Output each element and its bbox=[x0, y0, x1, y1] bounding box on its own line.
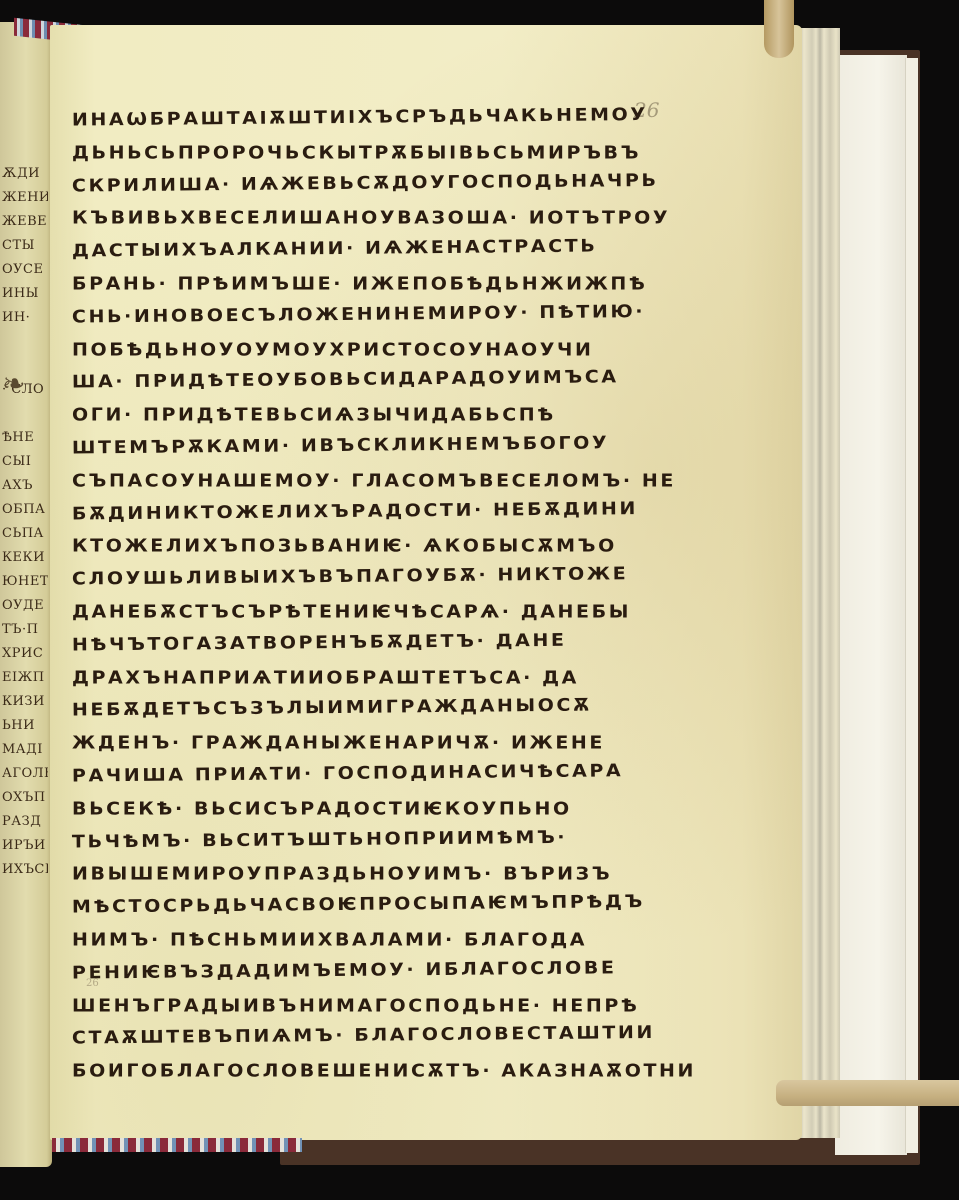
left-page-line: ѪДИ bbox=[2, 162, 48, 186]
bookmark-stick-top bbox=[764, 0, 794, 58]
manuscript-line: ОГИ· ПРИДѢТЕВЬСИѦЗЫЧИДАБЬСПѢ bbox=[72, 400, 662, 430]
left-page-line: ОУСЕ bbox=[2, 258, 48, 282]
manuscript-line: ДРАХЪНАПРИѦТИИОБРАШТЕТЪСА· ДА bbox=[72, 663, 662, 693]
manuscript-line: МѢСТОСРЬДЬЧАСВОѤПРОСЫПАѤМЪПРѢДЪ bbox=[72, 887, 662, 923]
left-facing-page: ѪДИЖЕНИЖЕВЕСТЫОУСЕИНЫИН· · СЛО ѢНЕСЫІАХЪ… bbox=[0, 22, 52, 1167]
left-page-line: КЕКИ bbox=[2, 546, 48, 570]
manuscript-line: РАЧИША ПРИѦТИ· ГОСПОДИНАСИЧѢСАРА bbox=[72, 756, 662, 792]
left-page-line: ТЪ·П bbox=[2, 618, 48, 642]
paper-insert bbox=[835, 55, 907, 1155]
left-page-line: МАДІ bbox=[2, 738, 48, 762]
manuscript-line: НИМЪ· ПѢСНЬМИИХВАЛАМИ· БЛАГОДА bbox=[72, 925, 662, 955]
bookmark-stick-bottom bbox=[776, 1080, 959, 1106]
left-page-line: ХРИС bbox=[2, 642, 48, 666]
left-page-line: ѢНЕ bbox=[2, 426, 48, 450]
left-page-line: ОХЪП bbox=[2, 786, 48, 810]
manuscript-line: ША· ПРИДѢТЕОУБОВЬСИДАРАДОУИМЪСА bbox=[72, 362, 662, 398]
left-page-line: ЬНИ bbox=[2, 714, 48, 738]
manuscript-line: РЕНИѤВЪЗДАДИМЪЕМОУ· ИБЛАГОСЛОВЕ bbox=[72, 952, 662, 988]
manuscript-line: ШЕНЪГРАДЫИВЪНИМАГОСПОДЬНЕ· НЕПРѢ bbox=[72, 991, 662, 1021]
left-page-line: СТЫ bbox=[2, 234, 48, 258]
headband-bottom bbox=[52, 1138, 302, 1152]
manuscript-line: ИНАѠБРАШТАІѪШТИІХЪСРЪДЬЧАКЬНЕМОУ bbox=[72, 100, 662, 136]
left-page-line: РАЗД bbox=[2, 810, 48, 834]
left-page-line: ЕІЖП bbox=[2, 666, 48, 690]
manuscript-line: ДАНЕБѪСТЪСЪРѢТЕНИѤЧѢСАРѦ· ДАНЕБЫ bbox=[72, 597, 662, 627]
manuscript-line: ШТЕМЪРѪКАМИ· ИВЪСКЛИКНЕМЪБОГОУ bbox=[72, 428, 662, 464]
left-page-line: ОУДЕ bbox=[2, 594, 48, 618]
manuscript-text-block: ИНАѠБРАШТАІѪШТИІХЪСРЪДЬЧАКЬНЕМОУДЬНЬСЬПР… bbox=[72, 104, 662, 1088]
left-page-line: ЮНЕТ bbox=[2, 570, 48, 594]
left-page-line: ИХЪСИ bbox=[2, 858, 48, 882]
manuscript-line: СТАѪШТЕВЪПИѦМЪ· БЛАГОСЛОВЕСТАШТИИ bbox=[72, 1018, 662, 1054]
manuscript-line: БѪДИНИКТОЖЕЛИХЪРАДОСТИ· НЕБѪДИНИ bbox=[72, 493, 662, 529]
manuscript-line: КТОЖЕЛИХЪПОЗЬВАНИѤ· ѦКОБЫСѪМЪО bbox=[72, 532, 662, 562]
manuscript-line: СНЬ·ИНОВОЕСЪЛОЖЕНИНЕМИРОУ· ПѢТИЮ· bbox=[72, 296, 662, 332]
manuscript-line: БРАНЬ· ПРѢИМЪШЕ· ИЖЕПОБѢДЬНЖИЖПѢ bbox=[72, 269, 662, 299]
manuscript-line: СЪПАСОУНАШЕМОУ· ГЛАСОМЪВЕСЕЛОМЪ· НЕ bbox=[72, 466, 662, 496]
left-page-line: ИНЫ bbox=[2, 282, 48, 306]
left-page-line: ИН· bbox=[2, 306, 48, 330]
manuscript-line: НЕБѪДЕТЪСЪЗЪЛЫИМИГРАЖДАНЫОСѪ bbox=[72, 690, 662, 726]
manuscript-line: ВЬСЕКѢ· ВЬСИСЪРАДОСТИѤКОУПЬНО bbox=[72, 794, 662, 824]
left-page-line: КИЗИ bbox=[2, 690, 48, 714]
manuscript-line: СЛОУШЬЛИВЫИХЪВЪПАГОУБѪ· НИКТОЖЕ bbox=[72, 559, 662, 595]
manuscript-line: ПОБѢДЬНОУОУМОУХРИСТОСОУНАОУЧИ bbox=[72, 335, 662, 365]
manuscript-line: ДЬНЬСЬПРОРОЧЬСКЫТРѪБЫІВЬСЬМИРЪВЪ bbox=[72, 138, 662, 168]
manuscript-line: ЖДЕНЪ· ГРАЖДАНЫЖЕНАРИЧѪ· ИЖЕНЕ bbox=[72, 728, 662, 758]
left-page-text: ѪДИЖЕНИЖЕВЕСТЫОУСЕИНЫИН· · СЛО ѢНЕСЫІАХЪ… bbox=[2, 162, 48, 882]
manuscript-line: КЪВИВЬХВЕСЕЛИШАНОУВАЗОША· ИОТЪТРОУ bbox=[72, 204, 662, 234]
left-page-line: АГОЛЕ bbox=[2, 762, 48, 786]
left-page-line: ИРЪИ bbox=[2, 834, 48, 858]
manuscript-line: НѢЧЪТОГАЗАТВОРЕНЪБѪДЕТЪ· ДАНЕ bbox=[72, 624, 662, 660]
manuscript-photo: ѪДИЖЕНИЖЕВЕСТЫОУСЕИНЫИН· · СЛО ѢНЕСЫІАХЪ… bbox=[0, 0, 959, 1200]
manuscript-line: ДАСТЫИХЪАЛКАНИИ· ИѦЖЕНАСТРАСТЬ bbox=[72, 231, 662, 267]
left-page-line: ОБПА bbox=[2, 498, 48, 522]
manuscript-line: БОИГОБЛАГОСЛОВЕШЕНИСѪТЪ· АКАЗНАѪОТНИ bbox=[72, 1056, 662, 1086]
bottom-mark: 26 bbox=[86, 978, 99, 989]
paper-insert-edge bbox=[905, 58, 918, 1153]
left-page-line: СЬПА bbox=[2, 522, 48, 546]
left-page-line: ЖЕВЕ bbox=[2, 210, 48, 234]
left-page-line: АХЪ bbox=[2, 474, 48, 498]
ornament-icon: ❧ bbox=[2, 367, 42, 417]
manuscript-line: ТЬЧѢМЪ· ВЬСИТЪШТЬНОПРИИМѢМЪ· bbox=[72, 821, 662, 857]
left-page-line: ЖЕНИ bbox=[2, 186, 48, 210]
left-page-line: СЫІ bbox=[2, 450, 48, 474]
manuscript-line: ИВЫШЕМИРОУПРАЗДЬНОУИМЪ· ВЪРИЗЪ bbox=[72, 860, 662, 890]
left-page-line bbox=[2, 330, 48, 354]
manuscript-line: СКРИЛИША· ИѦЖЕВЬСѪДОУГОСПОДЬНАЧРЬ bbox=[72, 165, 662, 201]
